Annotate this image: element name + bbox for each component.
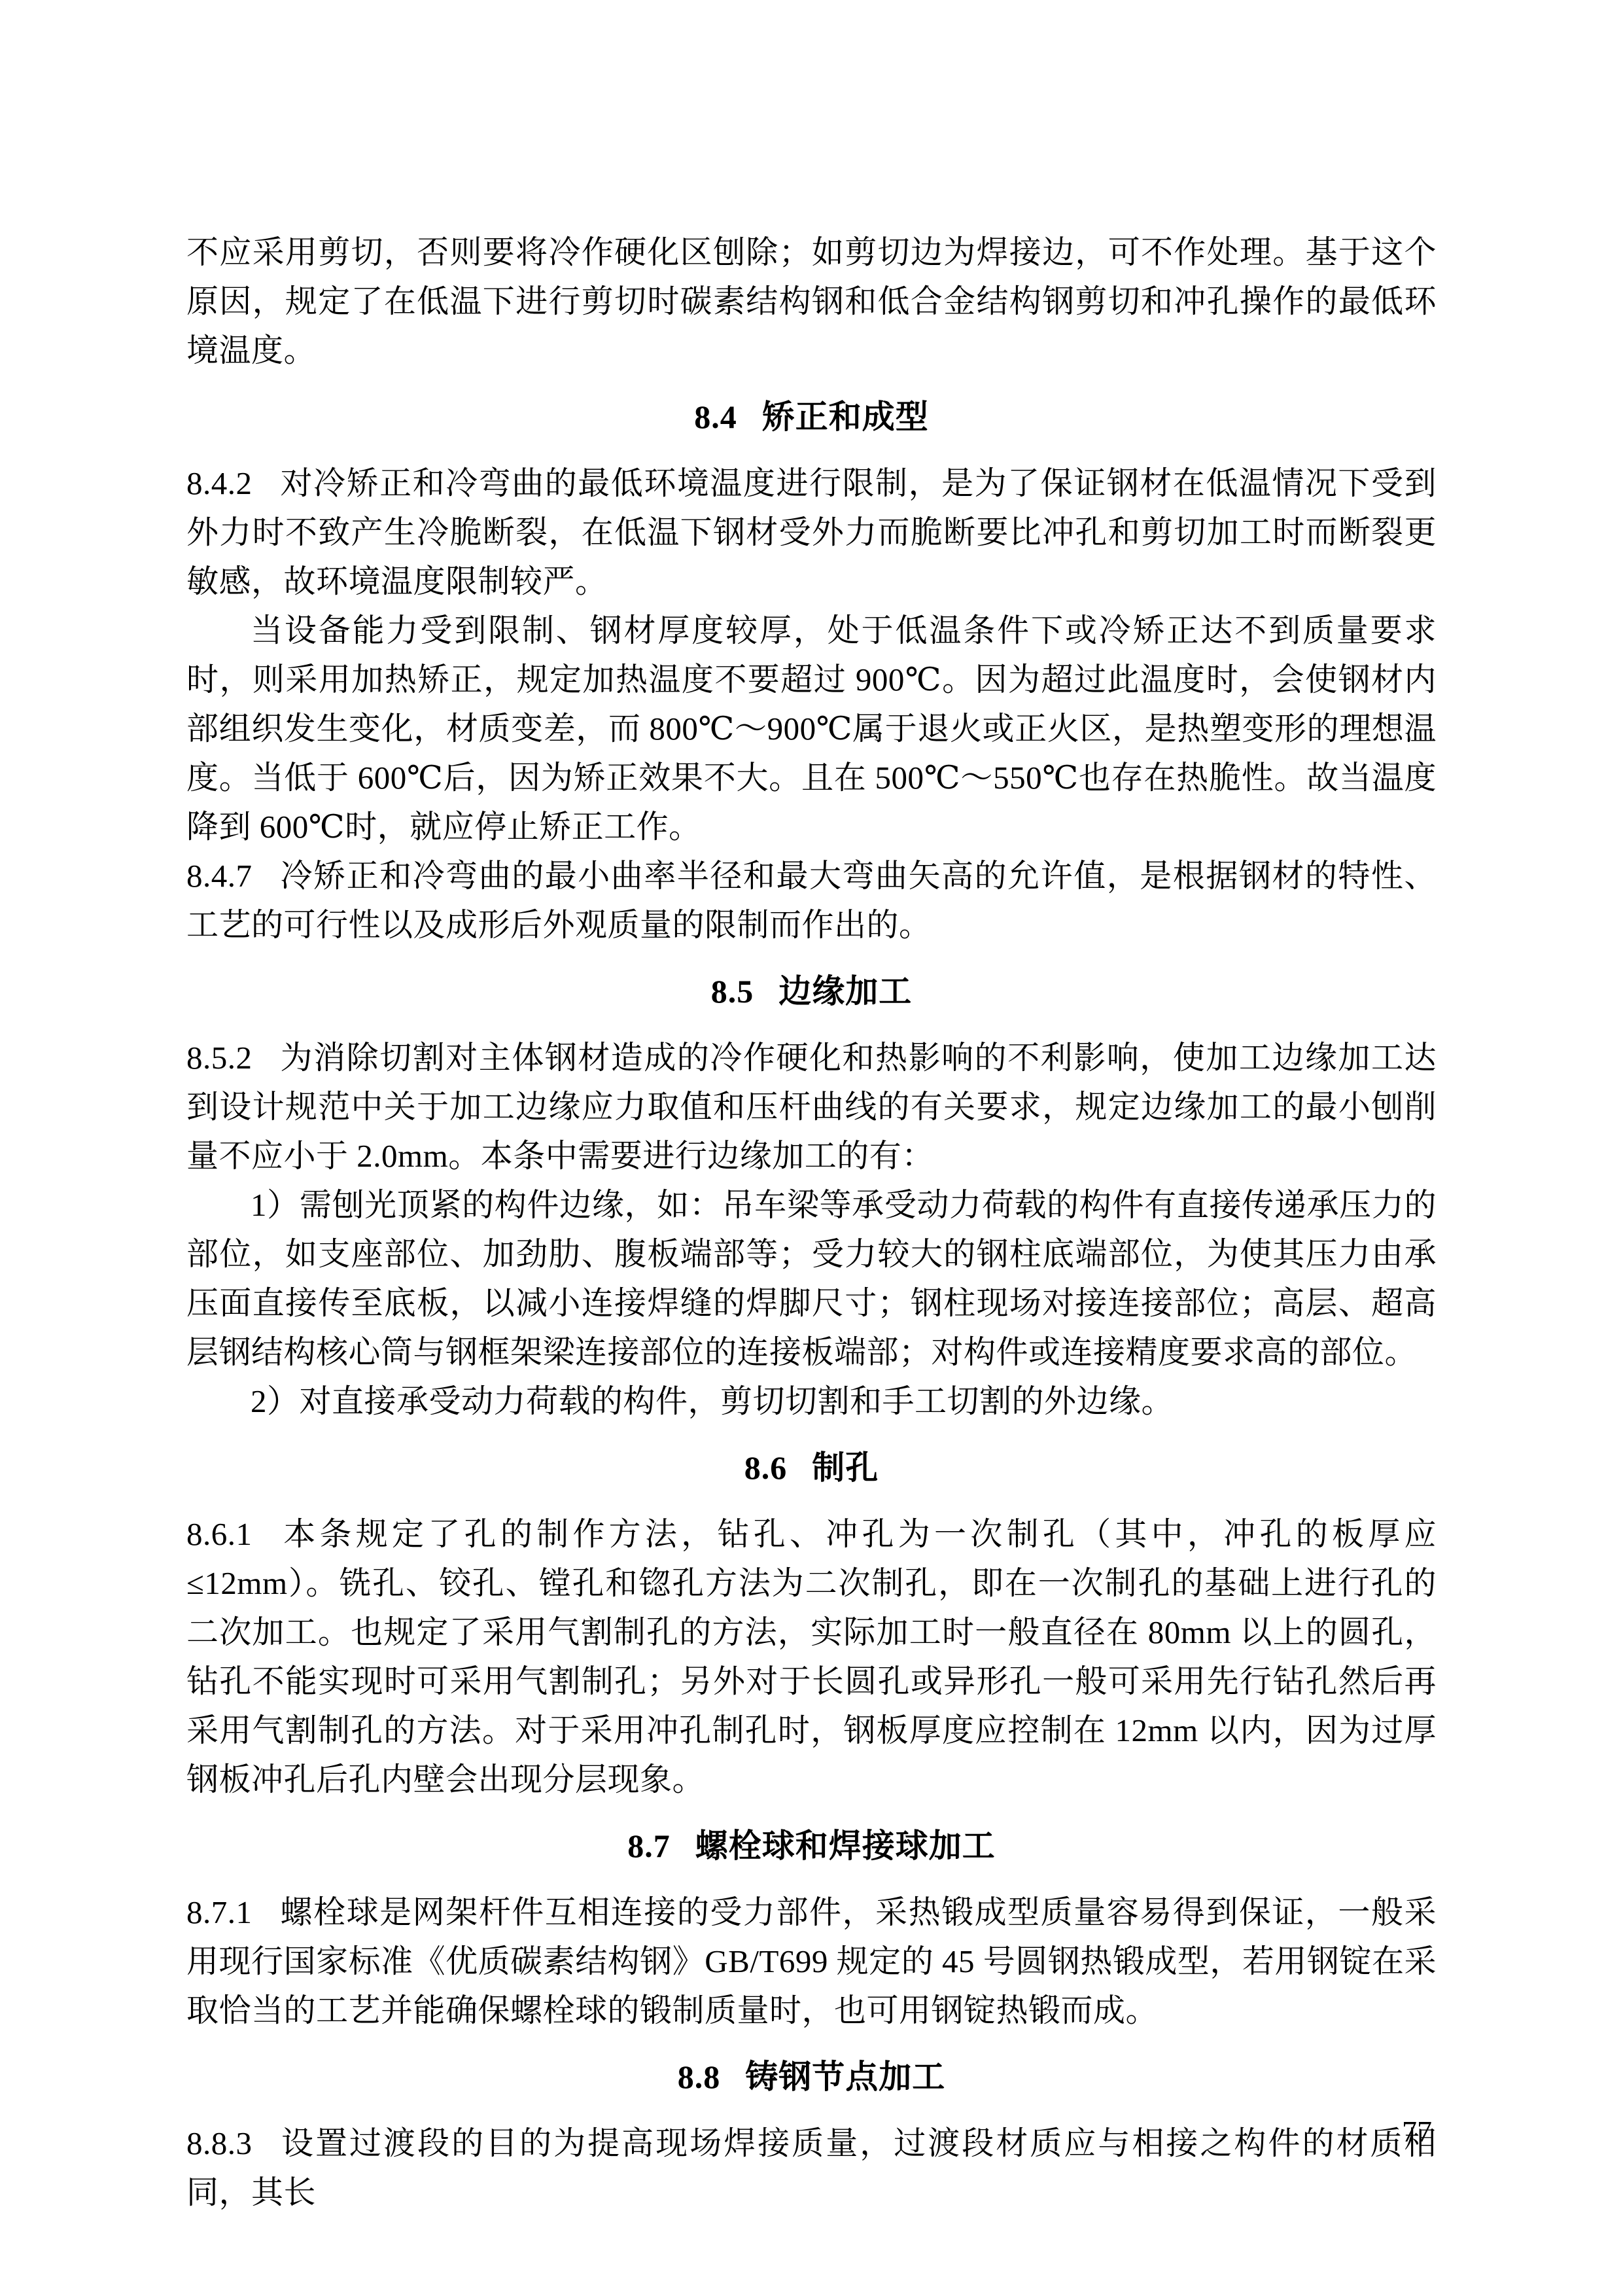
section-title: 螺栓球和焊接球加工 (695, 1828, 996, 1864)
page-number: 77 (1402, 2112, 1432, 2151)
clause-number: 8.5.2 (186, 1040, 253, 1076)
body-paragraph: 8.4.7冷矫正和冷弯曲的最小曲率半径和最大弯曲矢高的允许值，是根据钢材的特性、… (186, 851, 1437, 949)
clause-number: 8.4.2 (186, 465, 253, 501)
section-heading: 8.7螺栓球和焊接球加工 (186, 1826, 1437, 1865)
clause-number: 8.6.1 (186, 1516, 253, 1552)
document-content: 不应采用剪切，否则要将冷作硬化区刨除；如剪切边为焊接边，可不作处理。基于这个原因… (186, 228, 1437, 2217)
document-page: 不应采用剪切，否则要将冷作硬化区刨除；如剪切边为焊接边，可不作处理。基于这个原因… (0, 0, 1623, 2296)
clause-number: 8.7.1 (186, 1894, 253, 1930)
section-number: 8.5 (711, 973, 754, 1010)
body-paragraph: 1）需刨光顶紧的构件边缘，如：吊车梁等承受动力荷载的构件有直接传递承压力的部位，… (186, 1180, 1437, 1377)
section-number: 8.6 (744, 1449, 788, 1486)
body-paragraph: 2）对直接承受动力荷载的构件，剪切切割和手工切割的外边缘。 (186, 1377, 1437, 1426)
body-paragraph: 当设备能力受到限制、钢材厚度较厚，处于低温条件下或冷矫正达不到质量要求时，则采用… (186, 606, 1437, 851)
section-number: 8.4 (694, 398, 737, 435)
section-title: 制孔 (812, 1449, 879, 1486)
body-paragraph: 不应采用剪切，否则要将冷作硬化区刨除；如剪切边为焊接边，可不作处理。基于这个原因… (186, 228, 1437, 375)
clause-number: 8.8.3 (186, 2125, 253, 2161)
section-heading: 8.6制孔 (186, 1448, 1437, 1487)
section-title: 铸钢节点加工 (745, 2058, 945, 2095)
body-paragraph: 8.5.2为消除切割对主体钢材造成的冷作硬化和热影响的不利影响，使加工边缘加工达… (186, 1033, 1437, 1180)
section-heading: 8.5边缘加工 (186, 972, 1437, 1011)
section-title: 矫正和成型 (762, 398, 929, 435)
section-heading: 8.8铸钢节点加工 (186, 2057, 1437, 2096)
body-paragraph: 8.4.2对冷矫正和冷弯曲的最低环境温度进行限制，是为了保证钢材在低温情况下受到… (186, 459, 1437, 606)
clause-number: 8.4.7 (186, 858, 253, 894)
body-paragraph: 8.7.1螺栓球是网架杆件互相连接的受力部件，采热锻成型质量容易得到保证，一般采… (186, 1888, 1437, 2035)
section-title: 边缘加工 (778, 973, 912, 1010)
body-paragraph: 8.6.1本条规定了孔的制作方法，钻孔、冲孔为一次制孔（其中，冲孔的板厚应≤12… (186, 1510, 1437, 1804)
section-number: 8.7 (627, 1828, 671, 1864)
section-heading: 8.4矫正和成型 (186, 397, 1437, 436)
section-number: 8.8 (678, 2058, 721, 2095)
body-paragraph: 8.8.3设置过渡段的目的为提高现场焊接质量，过渡段材质应与相接之构件的材质相同… (186, 2119, 1437, 2217)
